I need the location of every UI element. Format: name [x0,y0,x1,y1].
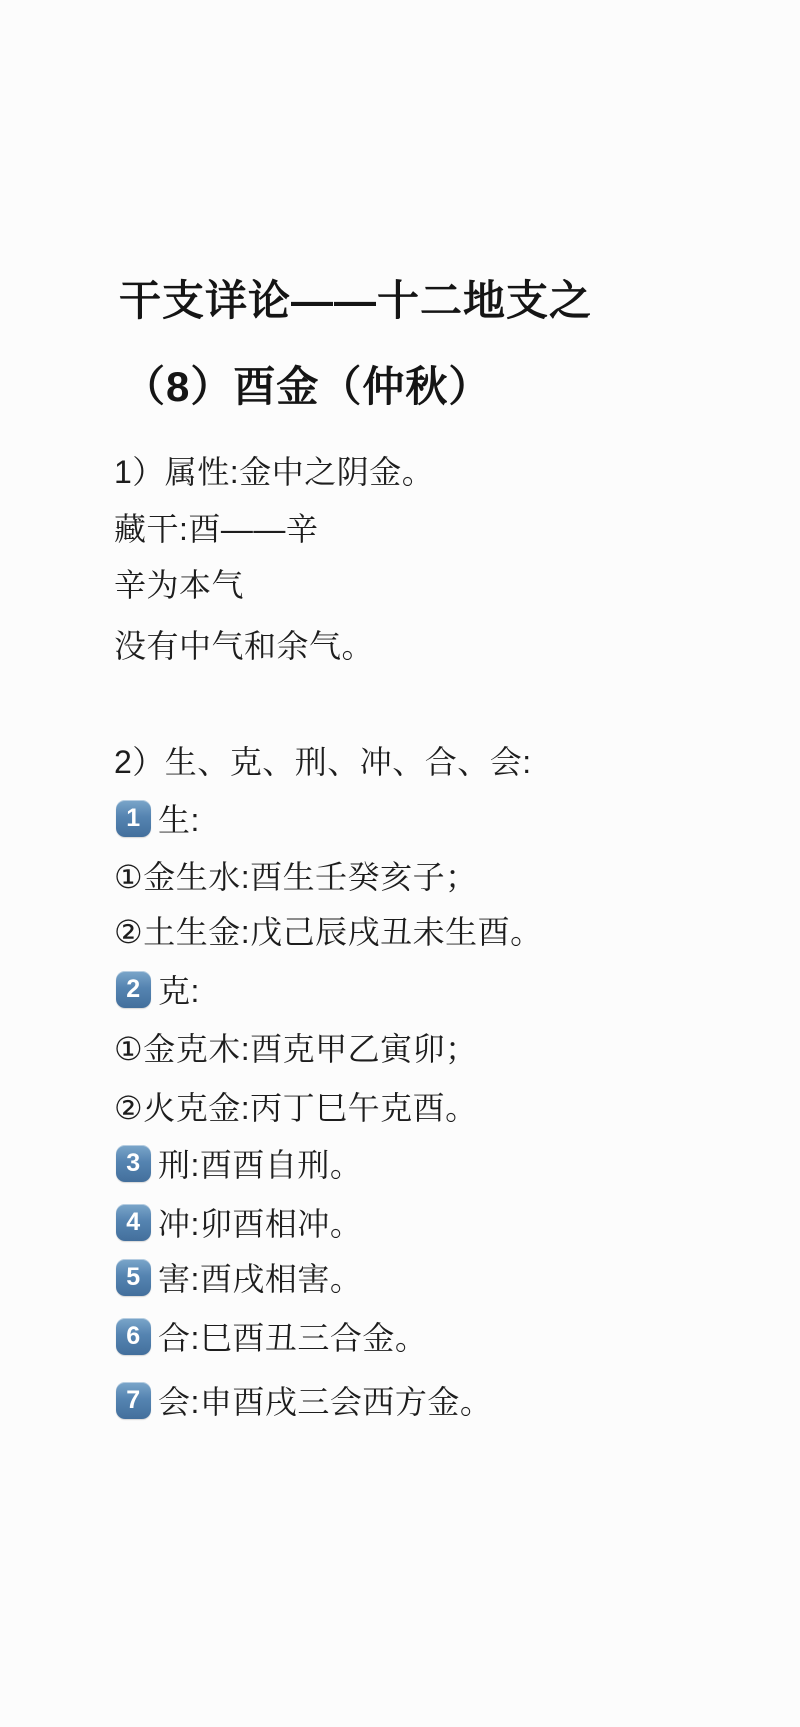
text-line-principal-qi: 辛为本气 [114,554,244,612]
text-card: 干支详论——十二地支之 （8）酉金（仲秋） 1）属性:金中之阴金。 藏干:酉——… [0,0,800,1727]
keycap-4-icon: 4 [116,1204,151,1241]
line-text: 合:巳酉丑三合金。 [158,1313,427,1359]
line-text: 藏干:酉——辛 [114,504,318,550]
line-text: 害:酉戌相害。 [158,1254,362,1300]
text-line-earth-births-metal: ②土生金:戊己辰戌丑未生酉。 [114,901,543,959]
text-line-hidden-stem: 藏干:酉——辛 [114,498,318,556]
badge-line-he: 6 合:巳酉丑三合金。 [114,1307,427,1365]
line-text: 2）生、克、刑、冲、合、会: [114,737,532,783]
badge-line-hui: 7 会:申酉戌三会西方金。 [114,1371,492,1429]
line-text: ②土生金:戊己辰戌丑未生酉。 [114,907,543,953]
line-text: ②火克金:丙丁巳午克酉。 [114,1083,478,1129]
line-text: ①金克木:酉克甲乙寅卯； [114,1024,478,1070]
line-text: 刑:酉酉自刑。 [158,1140,362,1186]
page-title-line-1: 干支详论——十二地支之 [119,276,592,326]
line-text: 克: [158,966,200,1012]
keycap-6-icon: 6 [116,1318,151,1355]
text-line-metal-controls-wood: ①金克木:酉克甲乙寅卯； [114,1018,478,1076]
keycap-1-icon: 1 [116,800,151,837]
text-line-metal-births-water: ①金生水:酉生壬癸亥子； [114,846,478,904]
badge-line-chong: 4 冲:卯酉相冲。 [114,1193,362,1251]
keycap-2-icon: 2 [116,971,151,1008]
keycap-7-icon: 7 [116,1382,151,1419]
keycap-5-icon: 5 [116,1259,151,1296]
line-text: 生: [158,795,200,841]
text-line-attribute: 1）属性:金中之阴金。 [114,441,434,499]
text-line-fire-controls-metal: ②火克金:丙丁巳午克酉。 [114,1077,478,1135]
page-title-line-2: （8）酉金（仲秋） [123,362,491,412]
line-text: 没有中气和余气。 [114,621,374,667]
line-text: 冲:卯酉相冲。 [158,1199,362,1245]
line-text: 会:申酉戌三会西方金。 [158,1377,492,1423]
badge-line-xing: 3 刑:酉酉自刑。 [114,1134,362,1192]
keycap-3-icon: 3 [116,1145,151,1182]
line-text: 辛为本气 [114,560,244,606]
line-text: ①金生水:酉生壬癸亥子； [114,852,478,898]
text-line-section-2-heading: 2）生、克、刑、冲、合、会: [114,731,532,789]
badge-line-sheng: 1 生: [114,789,200,847]
text-line-no-middle-qi: 没有中气和余气。 [114,615,374,673]
badge-line-ke: 2 克: [114,960,200,1018]
badge-line-hai: 5 害:酉戌相害。 [114,1248,362,1306]
line-text: 1）属性:金中之阴金。 [114,447,434,493]
